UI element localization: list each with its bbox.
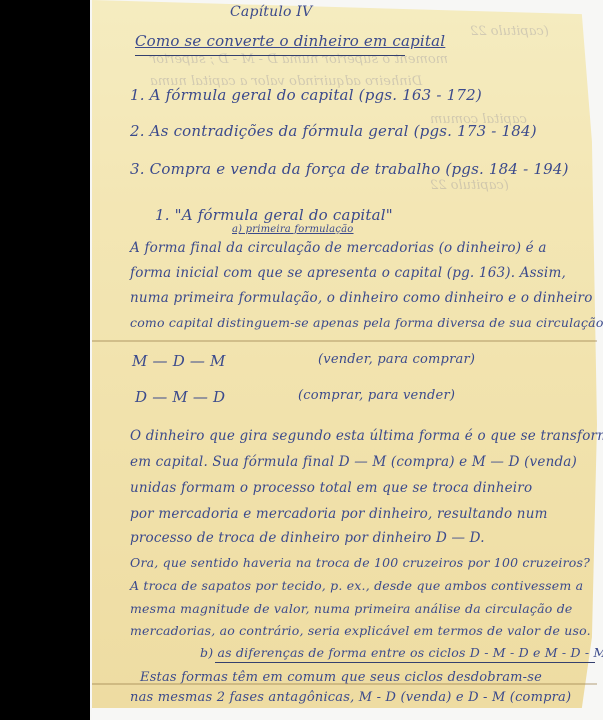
paragraph-line: em capital. Sua fórmula final D — M (com… xyxy=(130,454,577,470)
paragraph-line: como capital distinguem-se apenas pela f… xyxy=(130,315,603,330)
title-underline xyxy=(135,55,405,56)
paragraph-line: mercadorias, ao contrário, seria explicá… xyxy=(130,623,591,638)
chapter-title: Como se converte o dinheiro em capital xyxy=(135,32,445,50)
paragraph-line: nas mesmas 2 fases antagônicas, M - D (v… xyxy=(130,690,571,705)
subheading-b-underline xyxy=(215,662,595,663)
paragraph-line: Estas formas têm em comum que seus ciclo… xyxy=(140,670,542,685)
formula-mdm-note: (vender, para comprar) xyxy=(318,352,475,367)
formula-mdm: M — D — M xyxy=(132,352,226,370)
paragraph-line: processo de troca de dinheiro por dinhei… xyxy=(130,530,485,546)
paragraph-line: mesma magnitude de valor, numa primeira … xyxy=(130,601,573,616)
paragraph-line: A troca de sapatos por tecido, p. ex., d… xyxy=(130,578,583,593)
paragraph-line: O dinheiro que gira segundo esta última … xyxy=(130,428,603,444)
toc-item-2: 2. As contradições da fórmula geral (pgs… xyxy=(130,122,537,140)
paragraph-line: numa primeira formulação, o dinheiro com… xyxy=(130,290,593,306)
chapter-heading: Capítulo IV xyxy=(230,4,312,20)
formula-dmd-note: (comprar, para vender) xyxy=(298,388,455,403)
paper-fold xyxy=(92,340,597,342)
formula-dmd: D — M — D xyxy=(135,388,225,406)
paragraph-line: A forma final da circulação de mercadori… xyxy=(130,240,547,256)
toc-item-3: 3. Compra e venda da força de trabalho (… xyxy=(130,160,569,178)
bleed-through-text: (capitulo 22 xyxy=(430,178,509,193)
paragraph-line: forma inicial com que se apresenta o cap… xyxy=(130,265,566,281)
section-heading: 1. "A fórmula geral do capital" xyxy=(155,206,393,224)
toc-item-1: 1. A fórmula geral do capital (pgs. 163 … xyxy=(130,86,482,104)
section-subheading: a) primeira formulação xyxy=(232,224,354,235)
subheading-b: b) as diferenças de forma entre os ciclo… xyxy=(200,645,603,660)
paragraph-line: Ora, que sentido haveria na troca de 100… xyxy=(130,555,590,570)
bleed-through-text: (capitulo 22 xyxy=(470,24,549,39)
paragraph-line: unidas formam o processo total em que se… xyxy=(130,480,532,496)
paragraph-line: por mercadoria e mercadoria por dinheiro… xyxy=(130,506,548,522)
